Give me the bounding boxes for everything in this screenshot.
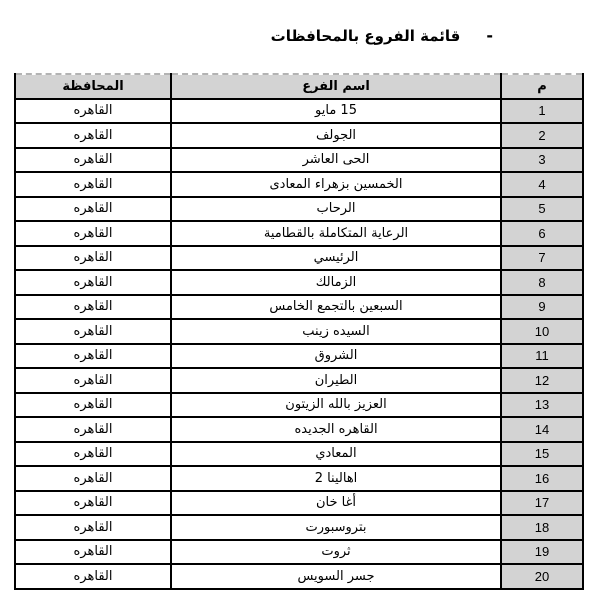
table-row: 2 الجولف القاهره [15, 123, 583, 148]
table-row: 20 جسر السويس القاهره [15, 564, 583, 589]
row-number-cell: 5 [501, 197, 583, 222]
governorate-cell: القاهره [15, 172, 171, 197]
table-row: 9 السبعين بالتجمع الخامس القاهره [15, 295, 583, 320]
row-number-cell: 14 [501, 417, 583, 442]
table-row: 16 اهالينا 2 القاهره [15, 466, 583, 491]
branch-name-cell: الرحاب [171, 197, 501, 222]
header-governorate: المحافظة [15, 74, 171, 99]
table-header-row: م اسم الفرع المحافظة [15, 74, 583, 99]
row-number-cell: 1 [501, 99, 583, 124]
row-number-cell: 4 [501, 172, 583, 197]
branch-name-cell: الزمالك [171, 270, 501, 295]
row-number-cell: 6 [501, 221, 583, 246]
table-row: 19 ثروت القاهره [15, 540, 583, 565]
governorate-cell: القاهره [15, 123, 171, 148]
table-row: 10 السيده زينب القاهره [15, 319, 583, 344]
governorate-cell: القاهره [15, 148, 171, 173]
header-number: م [501, 74, 583, 99]
table-row: 17 أغا خان القاهره [15, 491, 583, 516]
governorate-cell: القاهره [15, 99, 171, 124]
branch-name-cell: الحى العاشر [171, 148, 501, 173]
table-row: 7 الرئيسي القاهره [15, 246, 583, 271]
governorate-cell: القاهره [15, 466, 171, 491]
branch-name-cell: 15 مايو [171, 99, 501, 124]
branch-name-cell: القاهره الجديده [171, 417, 501, 442]
row-number-cell: 20 [501, 564, 583, 589]
document-page: - قائمة الفروع بالمحافظات م اسم الفرع ال… [0, 0, 597, 605]
table-row: 4 الخمسين بزهراء المعادى القاهره [15, 172, 583, 197]
page-title: قائمة الفروع بالمحافظات [271, 27, 461, 45]
branch-name-cell: بتروسبورت [171, 515, 501, 540]
row-number-cell: 12 [501, 368, 583, 393]
table-row: 6 الرعاية المتكاملة بالقطامية القاهره [15, 221, 583, 246]
governorate-cell: القاهره [15, 221, 171, 246]
table-row: 5 الرحاب القاهره [15, 197, 583, 222]
governorate-cell: القاهره [15, 197, 171, 222]
table-row: 1 15 مايو القاهره [15, 99, 583, 124]
table-row: 11 الشروق القاهره [15, 344, 583, 369]
table-row: 13 العزيز بالله الزيتون القاهره [15, 393, 583, 418]
governorate-cell: القاهره [15, 540, 171, 565]
governorate-cell: القاهره [15, 515, 171, 540]
branch-name-cell: الجولف [171, 123, 501, 148]
row-number-cell: 7 [501, 246, 583, 271]
governorate-cell: القاهره [15, 368, 171, 393]
governorate-cell: القاهره [15, 246, 171, 271]
row-number-cell: 9 [501, 295, 583, 320]
governorate-cell: القاهره [15, 295, 171, 320]
governorate-cell: القاهره [15, 393, 171, 418]
row-number-cell: 15 [501, 442, 583, 467]
document-title-row: - قائمة الفروع بالمحافظات [271, 26, 493, 45]
branch-name-cell: المعادي [171, 442, 501, 467]
table-row: 3 الحى العاشر القاهره [15, 148, 583, 173]
governorate-cell: القاهره [15, 270, 171, 295]
row-number-cell: 16 [501, 466, 583, 491]
branches-table: م اسم الفرع المحافظة 1 15 مايو القاهره 2… [14, 73, 584, 590]
branch-name-cell: العزيز بالله الزيتون [171, 393, 501, 418]
row-number-cell: 18 [501, 515, 583, 540]
table-row: 15 المعادي القاهره [15, 442, 583, 467]
governorate-cell: القاهره [15, 564, 171, 589]
branch-name-cell: الخمسين بزهراء المعادى [171, 172, 501, 197]
row-number-cell: 3 [501, 148, 583, 173]
branch-name-cell: جسر السويس [171, 564, 501, 589]
row-number-cell: 13 [501, 393, 583, 418]
branch-name-cell: الرعاية المتكاملة بالقطامية [171, 221, 501, 246]
branch-name-cell: الشروق [171, 344, 501, 369]
branch-name-cell: الرئيسي [171, 246, 501, 271]
table-row: 12 الطيران القاهره [15, 368, 583, 393]
table-row: 14 القاهره الجديده القاهره [15, 417, 583, 442]
row-number-cell: 19 [501, 540, 583, 565]
row-number-cell: 10 [501, 319, 583, 344]
row-number-cell: 2 [501, 123, 583, 148]
branch-name-cell: ثروت [171, 540, 501, 565]
row-number-cell: 11 [501, 344, 583, 369]
row-number-cell: 17 [501, 491, 583, 516]
governorate-cell: القاهره [15, 344, 171, 369]
branch-name-cell: اهالينا 2 [171, 466, 501, 491]
governorate-cell: القاهره [15, 319, 171, 344]
branch-name-cell: أغا خان [171, 491, 501, 516]
governorate-cell: القاهره [15, 491, 171, 516]
governorate-cell: القاهره [15, 417, 171, 442]
governorate-cell: القاهره [15, 442, 171, 467]
branch-name-cell: السبعين بالتجمع الخامس [171, 295, 501, 320]
branch-name-cell: الطيران [171, 368, 501, 393]
branch-name-cell: السيده زينب [171, 319, 501, 344]
table-row: 8 الزمالك القاهره [15, 270, 583, 295]
header-branch-name: اسم الفرع [171, 74, 501, 99]
row-number-cell: 8 [501, 270, 583, 295]
table-row: 18 بتروسبورت القاهره [15, 515, 583, 540]
list-dash-bullet: - [486, 26, 493, 45]
